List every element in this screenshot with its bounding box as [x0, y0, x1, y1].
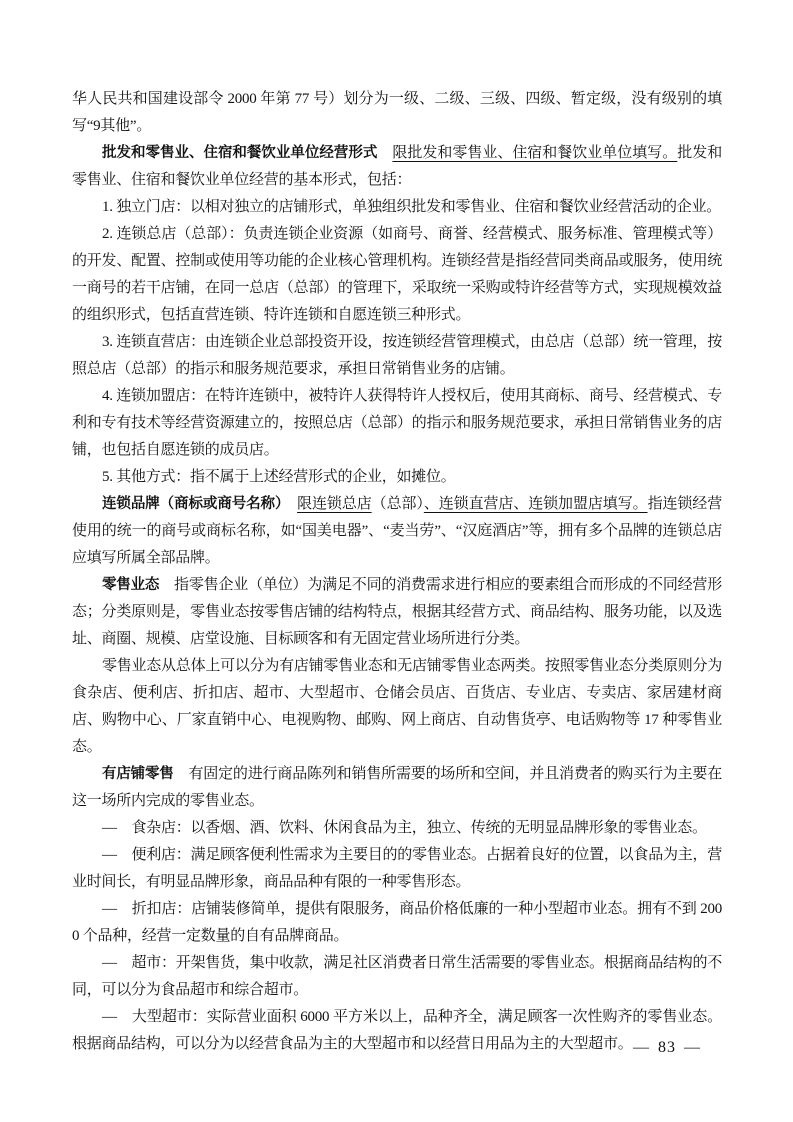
document-body: 华人民共和国建设部令 2000 年第 77 号）划分为一级、二级、三级、四级、暂… [72, 86, 722, 1058]
document-page: 华人民共和国建设部令 2000 年第 77 号）划分为一级、二级、三级、四级、暂… [0, 0, 793, 1122]
text-run: 5. 其他方式：指不属于上述经营形式的企业，如摊位。 [102, 469, 456, 485]
paragraph: 3. 连锁直营店：由连锁企业总部投资开设，按连锁经营管理模式，由总店（总部）统一… [72, 329, 722, 383]
paragraph: 华人民共和国建设部令 2000 年第 77 号）划分为一级、二级、三级、四级、暂… [72, 86, 722, 140]
paragraph: — 大型超市：实际营业面积 6000 平方米以上，品种齐全，满足顾客一次性购齐的… [72, 1004, 722, 1058]
footer-left-dash: — [629, 1039, 654, 1056]
bold-term: 连锁品牌（商标或商号名称） [102, 496, 282, 512]
text-run: 2. 连锁总店（总部）：负责连锁企业资源（如商号、商誉、经营模式、服务标准、管理… [72, 226, 722, 323]
paragraph: 零售业态 指零售企业（单位）为满足不同的消费需求进行相应的要素组合而形成的不同经… [72, 572, 722, 653]
page-number: 83 [654, 1039, 680, 1056]
paragraph: 连锁品牌（商标或商号名称） 限连锁总店（总部）、连锁直营店、连锁加盟店填写。指连… [72, 491, 722, 572]
paragraph: 4. 连锁加盟店：在特许连锁中，被特许人获得特许人授权后，使用其商标、商号、经营… [72, 383, 722, 464]
paragraph: 5. 其他方式：指不属于上述经营形式的企业，如摊位。 [72, 464, 722, 491]
text-run: 华人民共和国建设部令 2000 年第 77 号）划分为一级、二级、三级、四级、暂… [72, 91, 722, 134]
bold-term: 有店铺零售 [102, 766, 174, 782]
bold-term: 零售业态 [102, 577, 159, 593]
text-run: 3. 连锁直营店：由连锁企业总部投资开设，按连锁经营管理模式，由总店（总部）统一… [72, 334, 722, 377]
underlined-instruction: 限连锁总店 [297, 496, 372, 512]
page-footer: —83— [629, 1036, 705, 1060]
text-run: 指零售企业（单位）为满足不同的消费需求进行相应的要素组合而形成的不同经营形态；分… [72, 577, 722, 647]
paragraph: 零售业态从总体上可以分为有店铺零售业态和无店铺零售业态两类。按照零售业态分类原则… [72, 653, 722, 761]
paragraph: 有店铺零售 有固定的进行商品陈列和销售所需要的场所和空间，并且消费者的购买行为主… [72, 761, 722, 815]
text-run: — 便利店：满足顾客便利性需求为主要目的的零售业态。占据着良好的位置，以食品为主… [72, 847, 722, 890]
bold-term: 批发和零售业、住宿和餐饮业单位经营形式 [102, 145, 377, 161]
text-run: （总部） [372, 496, 424, 512]
text-run [377, 145, 392, 161]
footer-right-dash: — [680, 1039, 705, 1056]
text-run: 4. 连锁加盟店：在特许连锁中，被特许人获得特许人授权后，使用其商标、商号、经营… [72, 388, 722, 458]
underlined-instruction: 、连锁直营店、连锁加盟店填写。 [424, 496, 648, 512]
text-run: 零售业态从总体上可以分为有店铺零售业态和无店铺零售业态两类。按照零售业态分类原则… [72, 658, 722, 755]
paragraph: — 折扣店：店铺装修简单，提供有限服务，商品价格低廉的一种小型超市业态。拥有不到… [72, 896, 722, 950]
paragraph: 批发和零售业、住宿和餐饮业单位经营形式 限批发和零售业、住宿和餐饮业单位填写。批… [72, 140, 722, 194]
paragraph: — 便利店：满足顾客便利性需求为主要目的的零售业态。占据着良好的位置，以食品为主… [72, 842, 722, 896]
underlined-instruction: 限批发和零售业、住宿和餐饮业单位填写。 [392, 145, 677, 161]
text-run: — 超市：开架售货，集中收款，满足社区消费者日常生活需要的零售业态。根据商品结构… [72, 955, 722, 998]
text-run: 1. 独立门店：以相对独立的店铺形式，单独组织批发和零售业、住宿和餐饮业经营活动… [102, 199, 721, 215]
text-run: — 折扣店：店铺装修简单，提供有限服务，商品价格低廉的一种小型超市业态。拥有不到… [72, 901, 722, 944]
paragraph: 2. 连锁总店（总部）：负责连锁企业资源（如商号、商誉、经营模式、服务标准、管理… [72, 221, 722, 329]
text-run: — 大型超市：实际营业面积 6000 平方米以上，品种齐全，满足顾客一次性购齐的… [72, 1009, 722, 1052]
text-run: — 食杂店：以香烟、酒、饮料、休闲食品为主，独立、传统的无明显品牌形象的零售业态… [102, 820, 707, 836]
paragraph: — 食杂店：以香烟、酒、饮料、休闲食品为主，独立、传统的无明显品牌形象的零售业态… [72, 815, 722, 842]
text-run [282, 496, 297, 512]
paragraph: 1. 独立门店：以相对独立的店铺形式，单独组织批发和零售业、住宿和餐饮业经营活动… [72, 194, 722, 221]
paragraph: — 超市：开架售货，集中收款，满足社区消费者日常生活需要的零售业态。根据商品结构… [72, 950, 722, 1004]
